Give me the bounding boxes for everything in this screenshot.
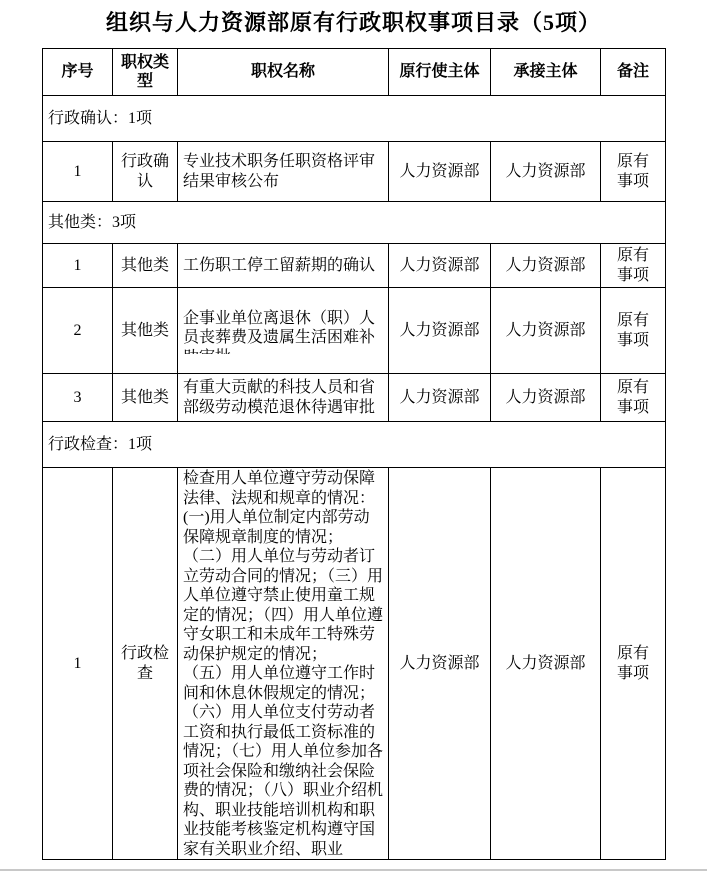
header-original-subject: 原行使主体	[389, 49, 491, 96]
cell-note: 原有事项	[601, 288, 666, 374]
cell-name: 有重大贡献的科技人员和省部级劳动模范退休待遇审批	[178, 374, 389, 422]
section-label: 行政检查：1项	[43, 422, 666, 468]
cell-original-subject: 人力资源部	[389, 374, 491, 422]
header-successor-subject: 承接主体	[491, 49, 601, 96]
section-row-other: 其他类：3项	[43, 202, 666, 244]
cell-original-subject: 人力资源部	[389, 244, 491, 288]
section-label: 行政确认：1项	[43, 96, 666, 142]
cell-type: 行政检查	[113, 468, 178, 860]
cell-original-subject: 人力资源部	[389, 288, 491, 374]
section-label: 其他类：3项	[43, 202, 666, 244]
cell-seq: 1	[43, 142, 113, 202]
section-row-confirm: 行政确认：1项	[43, 96, 666, 142]
cell-name: 检查用人单位遵守劳动保障法律、法规和规章的情况： (一)用人单位制定内部劳动保障…	[178, 468, 389, 860]
authority-table: 序号 职权类型 职权名称 原行使主体 承接主体 备注 行政确认：1项 1 行政确…	[42, 48, 666, 860]
clipped-text: 企事业单位离退休（职）人员丧葬费及遗属生活困难补助审批	[183, 309, 383, 354]
header-note: 备注	[601, 49, 666, 96]
cell-seq: 3	[43, 374, 113, 422]
header-type: 职权类型	[113, 49, 178, 96]
cell-successor-subject: 人力资源部	[491, 288, 601, 374]
cell-note: 原有事项	[601, 142, 666, 202]
cell-type: 其他类	[113, 374, 178, 422]
cell-successor-subject: 人力资源部	[491, 374, 601, 422]
table-row: 1 其他类 工伤职工停工留薪期的确认 人力资源部 人力资源部 原有事项	[43, 244, 666, 288]
cell-name: 专业技术职务任职资格评审结果审核公布	[178, 142, 389, 202]
table-row: 2 其他类 企事业单位离退休（职）人员丧葬费及遗属生活困难补助审批 人力资源部 …	[43, 288, 666, 374]
cell-successor-subject: 人力资源部	[491, 244, 601, 288]
cell-successor-subject: 人力资源部	[491, 142, 601, 202]
cell-type: 行政确认	[113, 142, 178, 202]
cell-type: 其他类	[113, 244, 178, 288]
cell-seq: 1	[43, 468, 113, 860]
cell-type: 其他类	[113, 288, 178, 374]
page-title: 组织与人力资源部原有行政职权事项目录（5项）	[0, 0, 707, 37]
cell-note: 原有事项	[601, 244, 666, 288]
cell-name: 工伤职工停工留薪期的确认	[178, 244, 389, 288]
header-name: 职权名称	[178, 49, 389, 96]
section-row-inspect: 行政检查：1项	[43, 422, 666, 468]
table-row: 1 行政确认 专业技术职务任职资格评审结果审核公布 人力资源部 人力资源部 原有…	[43, 142, 666, 202]
cell-seq: 1	[43, 244, 113, 288]
cell-seq: 2	[43, 288, 113, 374]
table-row: 1 行政检查 检查用人单位遵守劳动保障法律、法规和规章的情况： (一)用人单位制…	[43, 468, 666, 860]
cell-original-subject: 人力资源部	[389, 468, 491, 860]
table-header-row: 序号 职权类型 职权名称 原行使主体 承接主体 备注	[43, 49, 666, 96]
cell-note: 原有事项	[601, 374, 666, 422]
cell-note: 原有事项	[601, 468, 666, 860]
table-row: 3 其他类 有重大贡献的科技人员和省部级劳动模范退休待遇审批 人力资源部 人力资…	[43, 374, 666, 422]
cell-successor-subject: 人力资源部	[491, 468, 601, 860]
cell-name: 企事业单位离退休（职）人员丧葬费及遗属生活困难补助审批	[178, 288, 389, 374]
cell-original-subject: 人力资源部	[389, 142, 491, 202]
header-seq: 序号	[43, 49, 113, 96]
page-break-line	[0, 869, 707, 871]
